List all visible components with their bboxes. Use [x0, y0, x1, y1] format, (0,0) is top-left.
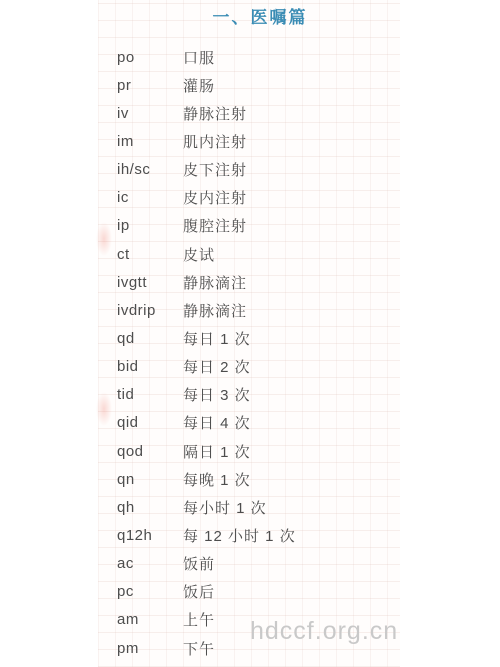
- abbreviation-cell: q12h: [117, 527, 183, 544]
- meaning-cell: 每晚 1 次: [183, 469, 251, 490]
- meaning-cell: 皮下注射: [183, 159, 247, 180]
- meaning-cell: 隔日 1 次: [183, 441, 251, 462]
- abbreviation-cell: ct: [117, 246, 183, 263]
- meaning-cell: 每 12 小时 1 次: [183, 525, 296, 546]
- table-row: po 口服: [98, 43, 400, 71]
- meaning-cell: 肌内注射: [183, 131, 247, 152]
- abbreviation-cell: ac: [117, 555, 183, 572]
- table-row: ip 腹腔注射: [98, 212, 400, 240]
- meaning-cell: 饭后: [183, 581, 215, 602]
- abbreviation-cell: ivdrip: [117, 302, 183, 319]
- abbreviation-cell: qh: [117, 499, 183, 516]
- table-row: pr 灌肠: [98, 71, 400, 99]
- table-row: ivdrip 静脉滴注: [98, 296, 400, 324]
- abbreviation-table: po 口服 pr 灌肠 iv 静脉注射 im 肌内注射 ih/sc 皮下注射 i…: [98, 43, 400, 662]
- table-row: bid 每日 2 次: [98, 353, 400, 381]
- meaning-cell: 下午: [183, 638, 215, 659]
- meaning-cell: 静脉注射: [183, 103, 247, 124]
- meaning-cell: 腹腔注射: [183, 215, 247, 236]
- abbreviation-cell: ih/sc: [117, 161, 183, 178]
- meaning-cell: 每日 2 次: [183, 356, 251, 377]
- meaning-cell: 每日 4 次: [183, 412, 251, 433]
- table-row: qn 每晚 1 次: [98, 465, 400, 493]
- abbreviation-cell: im: [117, 133, 183, 150]
- watermark: hdccf.org.cn: [250, 617, 398, 646]
- meaning-cell: 每小时 1 次: [183, 497, 267, 518]
- page: 一、医嘱篇 po 口服 pr 灌肠 iv 静脉注射 im 肌内注射 ih/sc …: [0, 0, 500, 667]
- abbreviation-cell: pc: [117, 583, 183, 600]
- table-row: pc 饭后: [98, 578, 400, 606]
- meaning-cell: 上午: [183, 609, 215, 630]
- abbreviation-cell: tid: [117, 386, 183, 403]
- abbreviation-cell: po: [117, 49, 183, 66]
- meaning-cell: 每日 3 次: [183, 384, 251, 405]
- table-row: qd 每日 1 次: [98, 324, 400, 352]
- page-title: 一、医嘱篇: [98, 3, 400, 28]
- table-row: q12h 每 12 小时 1 次: [98, 521, 400, 549]
- abbreviation-cell: iv: [117, 105, 183, 122]
- meaning-cell: 灌肠: [183, 75, 215, 96]
- abbreviation-cell: ic: [117, 189, 183, 206]
- table-row: ac 饭前: [98, 550, 400, 578]
- abbreviation-cell: qn: [117, 471, 183, 488]
- table-row: ivgtt 静脉滴注: [98, 268, 400, 296]
- meaning-cell: 静脉滴注: [183, 272, 247, 293]
- table-row: iv 静脉注射: [98, 99, 400, 127]
- meaning-cell: 皮内注射: [183, 187, 247, 208]
- abbreviation-cell: qid: [117, 414, 183, 431]
- table-row: qid 每日 4 次: [98, 409, 400, 437]
- meaning-cell: 口服: [183, 47, 215, 68]
- table-row: im 肌内注射: [98, 127, 400, 155]
- table-row: ic 皮内注射: [98, 184, 400, 212]
- abbreviation-cell: am: [117, 611, 183, 628]
- abbreviation-cell: ip: [117, 217, 183, 234]
- abbreviation-cell: bid: [117, 358, 183, 375]
- meaning-cell: 每日 1 次: [183, 328, 251, 349]
- abbreviation-cell: ivgtt: [117, 274, 183, 291]
- table-row: tid 每日 3 次: [98, 381, 400, 409]
- table-row: ct 皮试: [98, 240, 400, 268]
- abbreviation-cell: pm: [117, 640, 183, 657]
- meaning-cell: 饭前: [183, 553, 215, 574]
- table-row: ih/sc 皮下注射: [98, 156, 400, 184]
- table-row: qh 每小时 1 次: [98, 493, 400, 521]
- table-row: qod 隔日 1 次: [98, 437, 400, 465]
- meaning-cell: 皮试: [183, 244, 215, 265]
- meaning-cell: 静脉滴注: [183, 300, 247, 321]
- abbreviation-cell: qod: [117, 443, 183, 460]
- abbreviation-cell: pr: [117, 77, 183, 94]
- abbreviation-cell: qd: [117, 330, 183, 347]
